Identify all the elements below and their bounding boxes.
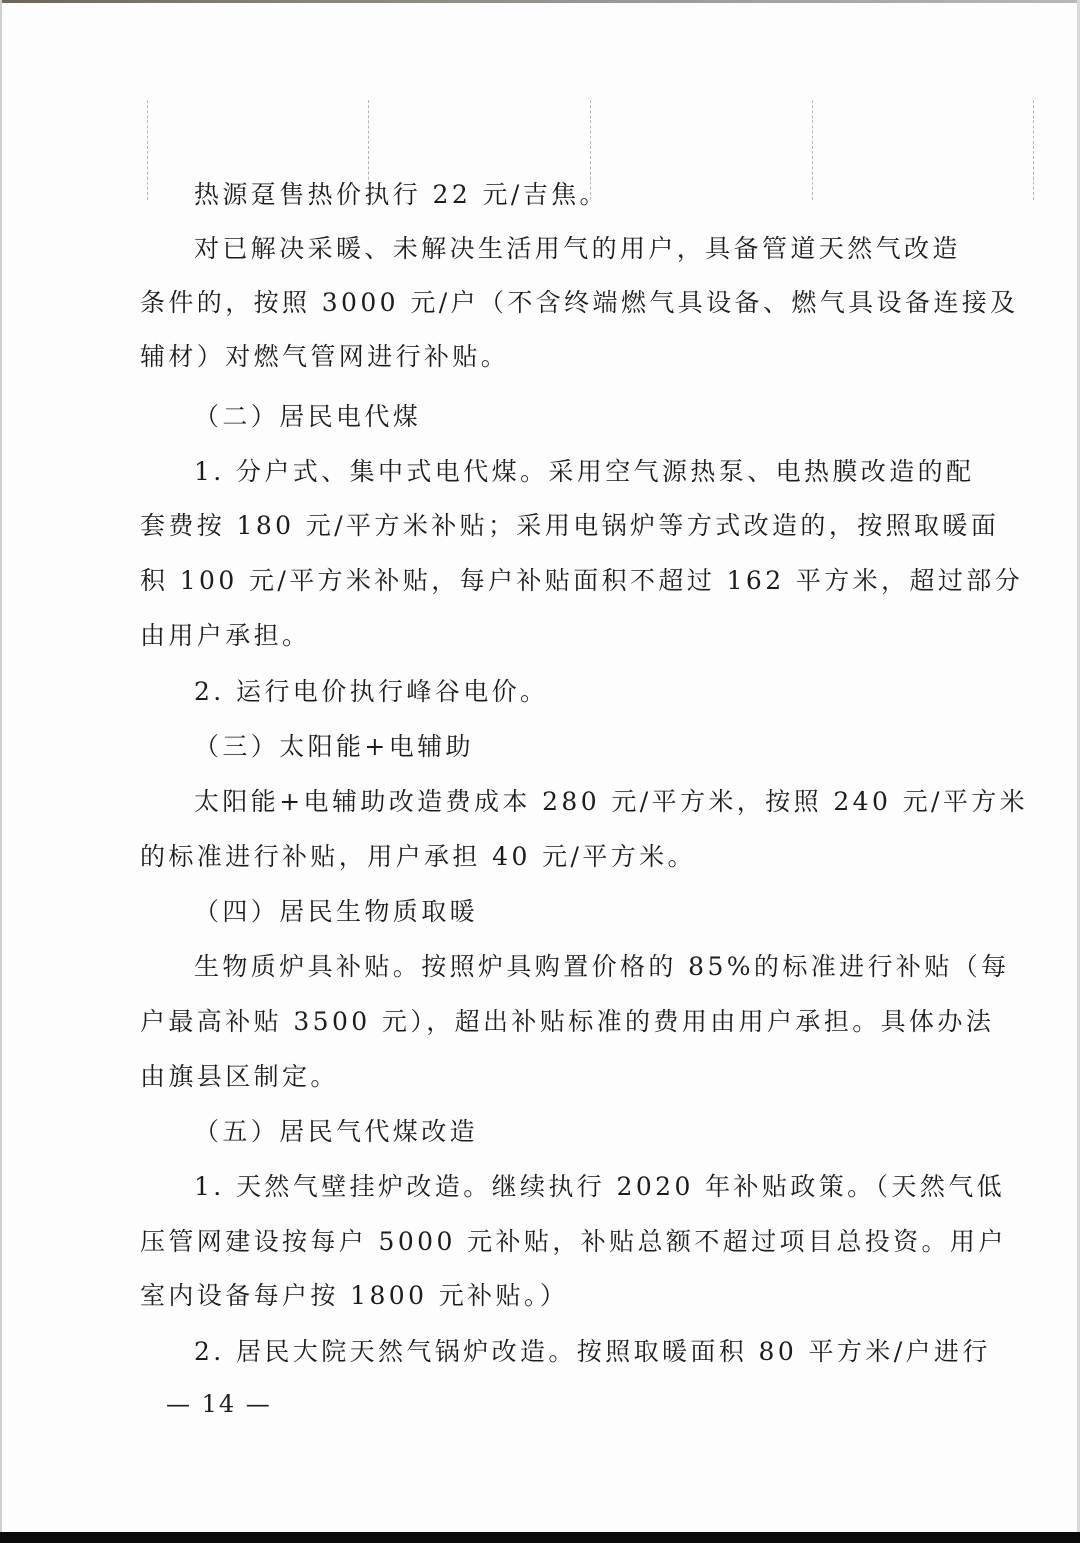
page-number: — 14 — [166, 1386, 272, 1422]
text-line: 积 100 元/平方米补贴，每户补贴面积不超过 162 平方米，超过部分 [140, 554, 946, 608]
text-line: 户最高补贴 3500 元），超出补贴标准的费用由用户承担。具体办法 [140, 995, 946, 1049]
text-line: 辅材）对燃气管网进行补贴。 [140, 330, 946, 384]
text-line: 室内设备每户按 1800 元补贴。） [140, 1269, 946, 1323]
text-line: 热源趸售热价执行 22 元/吉焦。 [140, 168, 1000, 222]
text-line: 由用户承担。 [140, 609, 946, 663]
text-line: 2. 运行电价执行峰谷电价。 [140, 665, 1000, 719]
scan-bottom-edge [0, 1532, 1080, 1543]
text-line: （三）太阳能+电辅助 [140, 720, 1000, 774]
text-line: 的标准进行补贴，用户承担 40 元/平方米。 [140, 830, 946, 884]
binding-mark [1033, 100, 1034, 200]
scan-top-edge [0, 0, 1080, 3]
text-line: 1. 分户式、集中式电代煤。采用空气源热泵、电热膜改造的配 [140, 445, 1000, 499]
text-line: （五）居民气代煤改造 [140, 1105, 1000, 1159]
text-line: 套费按 180 元/平方米补贴；采用电锅炉等方式改造的，按照取暖面 [140, 499, 946, 553]
text-line: 1. 天然气壁挂炉改造。继续执行 2020 年补贴政策。（天然气低 [140, 1160, 1000, 1214]
text-line: 太阳能+电辅助改造费成本 280 元/平方米，按照 240 元/平方米 [140, 775, 1000, 829]
scan-left-edge [0, 0, 2, 1543]
text-line: 由旗县区制定。 [140, 1050, 946, 1104]
text-line: 对已解决采暖、未解决生活用气的用户，具备管道天然气改造 [140, 222, 1000, 276]
text-line: （二）居民电代煤 [140, 390, 1000, 444]
text-line: 2. 居民大院天然气锅炉改造。按照取暖面积 80 平方米/户进行 [140, 1325, 1000, 1379]
text-line: 生物质炉具补贴。按照炉具购置价格的 85%的标准进行补贴（每 [140, 940, 1000, 994]
text-line: （四）居民生物质取暖 [140, 885, 1000, 939]
text-line: 条件的，按照 3000 元/户（不含终端燃气具设备、燃气具设备连接及 [140, 276, 946, 330]
text-line: 压管网建设按每户 5000 元补贴，补贴总额不超过项目总投资。用户 [140, 1215, 946, 1269]
